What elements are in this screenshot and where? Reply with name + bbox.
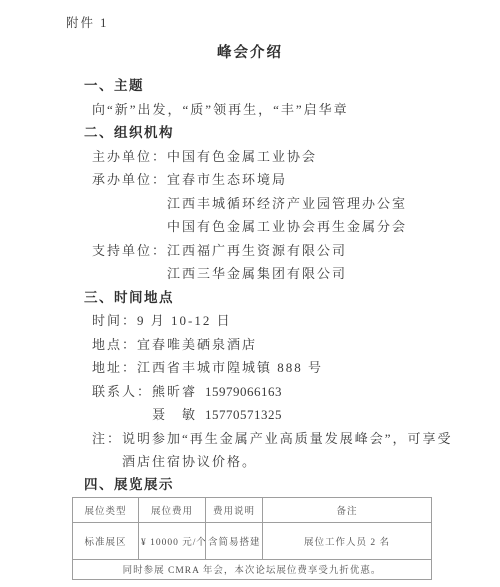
org-value: 江西三华金属集团有限公司: [167, 262, 347, 286]
org-value: 中国有色金属工业协会再生金属分会: [167, 215, 407, 239]
org-label: 支持单位：: [92, 239, 167, 263]
section-heading-time-place: 三、时间地点: [84, 286, 500, 310]
org-row-supporter-cont: 江西三华金属集团有限公司: [92, 262, 500, 286]
org-label: 主办单位：: [92, 145, 167, 169]
address-label: 地址：: [92, 360, 137, 375]
note-row: 注： 说明参加“再生金属产业高质量发展峰会”，可享受: [92, 427, 500, 451]
section-heading-organization: 二、组织机构: [84, 121, 500, 145]
contact-name: 聂 敏: [152, 407, 197, 422]
contact-phone: 15979066163: [205, 384, 282, 399]
org-value: 中国有色金属工业协会: [167, 145, 317, 169]
org-row-organizer-cont-1: 江西丰城循环经济产业园管理办公室: [92, 192, 500, 216]
contact-name: 熊昕睿: [152, 384, 197, 399]
note-text-line1: 说明参加“再生金属产业高质量发展峰会”，可享受: [122, 427, 453, 451]
note-label: 注：: [92, 427, 122, 451]
venue-label: 地点：: [92, 337, 137, 352]
booth-fee-desc-cell: 含简易搭建: [206, 522, 263, 559]
booth-remark-cell: 展位工作人员 2 名: [263, 522, 432, 559]
address-value: 江西省丰城市隍城镇 888 号: [137, 360, 323, 375]
org-row-supporter: 支持单位： 江西福广再生资源有限公司: [92, 239, 500, 263]
section-heading-exhibition: 四、展览展示: [84, 474, 500, 495]
contact-row-2: 聂 敏15770571325: [92, 403, 500, 427]
org-label: [92, 215, 167, 239]
section-heading-theme: 一、主题: [84, 74, 500, 98]
address-row: 地址：江西省丰城市隍城镇 888 号: [92, 356, 500, 380]
booth-table-footer-row: 同时参展 CMRA 年会，本次论坛展位费享受九折优惠。: [73, 559, 432, 579]
org-row-organizer-cont-2: 中国有色金属工业协会再生金属分会: [92, 215, 500, 239]
page-title: 峰会介绍: [0, 42, 500, 64]
attachment-label: 附件 1: [66, 14, 500, 32]
contact-phone: 15770571325: [205, 407, 282, 422]
org-value: 江西丰城循环经济产业园管理办公室: [167, 192, 407, 216]
org-row-host: 主办单位： 中国有色金属工业协会: [92, 145, 500, 169]
venue-row: 地点：宜春唯美硒泉酒店: [92, 333, 500, 357]
time-value: 9 月 10-12 日: [137, 313, 232, 328]
org-label: [92, 262, 167, 286]
booth-table: 展位类型 展位费用 费用说明 备注 标准展区 ¥ 10000 元/个 含简易搭建…: [72, 497, 432, 580]
org-label: [92, 192, 167, 216]
booth-table-header-row: 展位类型 展位费用 费用说明 备注: [73, 497, 432, 522]
contact-row-1: 联系人：熊昕睿15979066163: [92, 380, 500, 404]
booth-table-header-fee: 展位费用: [139, 497, 206, 522]
note-text-line2: 酒店住宿协议价格。: [122, 450, 500, 474]
booth-discount-note: 同时参展 CMRA 年会，本次论坛展位费享受九折优惠。: [73, 559, 432, 579]
booth-fee-cell: ¥ 10000 元/个: [139, 522, 206, 559]
booth-table-header-fee-desc: 费用说明: [206, 497, 263, 522]
time-row: 时间：9 月 10-12 日: [92, 309, 500, 333]
booth-type-cell: 标准展区: [73, 522, 139, 559]
booth-table-header-remark: 备注: [263, 497, 432, 522]
document-page: 附件 1 峰会介绍 一、主题 向“新”出发，“质”领再生，“丰”启华章 二、组织…: [0, 0, 500, 587]
org-value: 宜春市生态环境局: [167, 168, 287, 192]
org-row-organizer: 承办单位： 宜春市生态环境局: [92, 168, 500, 192]
time-label: 时间：: [92, 313, 137, 328]
contact-label: 联系人：: [92, 380, 152, 404]
theme-text: 向“新”出发，“质”领再生，“丰”启华章: [92, 98, 500, 122]
org-label: 承办单位：: [92, 168, 167, 192]
venue-value: 宜春唯美硒泉酒店: [137, 337, 257, 352]
booth-table-data-row: 标准展区 ¥ 10000 元/个 含简易搭建 展位工作人员 2 名: [73, 522, 432, 559]
org-value: 江西福广再生资源有限公司: [167, 239, 347, 263]
booth-table-header-type: 展位类型: [73, 497, 139, 522]
